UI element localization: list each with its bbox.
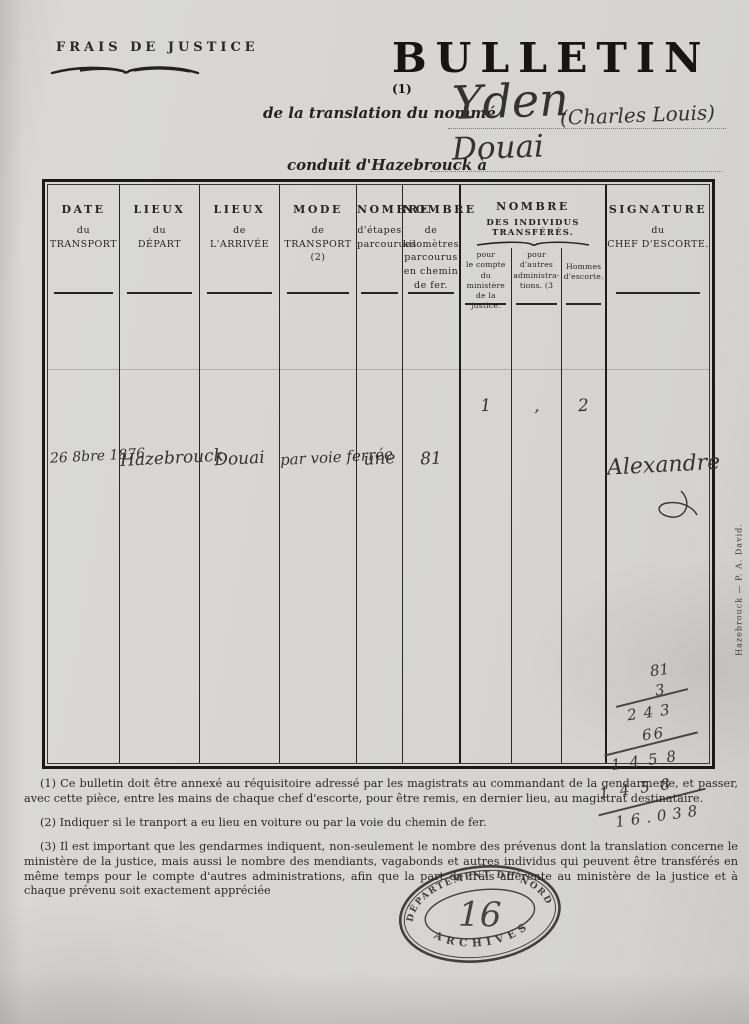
column-header-date: DATEduTRANSPORT (48, 185, 119, 301)
document-page: FRAIS DE JUSTICE BULLETIN (1) de la tran… (0, 0, 749, 1024)
column-body-arrivee: Douai (200, 301, 279, 763)
footnote-3: (3) Il est important que les gendarmes i… (24, 840, 738, 900)
transport-table: DATEduTRANSPORT 26 8bre 1876 LIEUXduDÉPA… (42, 179, 715, 769)
header-rule (54, 292, 112, 294)
subcolumn-justice: pourle compteduministèrede la justice. 1 (461, 248, 512, 763)
column-header-arrivee-text: LIEUXdeL'ARRIVÉE (200, 185, 279, 251)
column-header-signature: SIGNATUREduCHEF D'ESCORTE. (607, 185, 709, 301)
cell-depart: Hazebrouck (120, 447, 200, 471)
column-km: NOMBREdekilomètresparcourusen cheminde f… (403, 185, 461, 763)
cell-arrivee: Douai (200, 447, 280, 471)
column-body-km: 81 (403, 301, 459, 763)
column-body-depart: Hazebrouck (120, 301, 199, 763)
transport-table-inner: DATEduTRANSPORT 26 8bre 1876 LIEUXduDÉPA… (47, 184, 710, 764)
cell-signature: Alexandre (606, 450, 709, 480)
column-body-etapes: une (357, 301, 402, 763)
subcolumn-header-escorte-text: Hommesd'escorte. (562, 248, 605, 283)
column-header-etapes: NOMBREd'étapesparcourues (357, 185, 402, 301)
header-rule (127, 292, 192, 294)
column-body-signature: Alexandre 81 3 243 66 1458 1458 (607, 301, 709, 763)
column-group-individus: NOMBREDES INDIVIDUS TRANSFÉRÉS. pourle c… (461, 185, 607, 763)
column-mode: MODEdeTRANSPORT (2) par voie ferrée (280, 185, 357, 763)
cell-escorte: 2 (562, 395, 606, 417)
cell-autres: , (511, 395, 562, 418)
subcolumn-header-autres: pourd'autresadministra-tions. (3 (512, 248, 562, 310)
subtitle-handwritten-name: Yden (451, 72, 569, 130)
corner-label: FRAIS DE JUSTICE (56, 40, 259, 55)
cell-km: 81 (403, 448, 460, 471)
column-header-mode: MODEdeTRANSPORT (2) (280, 185, 356, 301)
group-flourish-icon (473, 240, 593, 248)
subcolumn-body-autres: , (512, 310, 562, 763)
group-header-individus: NOMBREDES INDIVIDUS TRANSFÉRÉS. (461, 185, 605, 238)
column-header-date-text: DATEduTRANSPORT (48, 185, 119, 251)
subcolumns-individus: pourle compteduministèrede la justice. 1… (461, 248, 605, 763)
footnotes: (1) Ce bulletin doit être annexé au réqu… (24, 777, 738, 908)
cell-date: 26 8bre 1876 (48, 447, 122, 467)
column-arrivee: LIEUXdeL'ARRIVÉE Douai (200, 185, 280, 763)
header-rule (566, 303, 601, 305)
header-rule (287, 292, 349, 294)
column-body-date: 26 8bre 1876 (48, 301, 119, 763)
column-header-depart-text: LIEUXduDÉPART (120, 185, 199, 251)
column-depart: LIEUXduDÉPART Hazebrouck (120, 185, 200, 763)
column-header-mode-text: MODEdeTRANSPORT (2) (280, 185, 356, 265)
header-rule (408, 292, 454, 294)
subcolumn-autres: pourd'autresadministra-tions. (3 , (512, 248, 563, 763)
subcolumn-escorte: Hommesd'escorte. 2 (562, 248, 605, 763)
subcolumn-body-escorte: 2 (562, 310, 605, 763)
title-footnote-ref: (1) (392, 82, 412, 96)
column-body-mode: par voie ferrée (280, 301, 356, 763)
column-header-depart: LIEUXduDÉPART (120, 185, 199, 301)
printer-imprint: Hazebrouck — P. A. David. (735, 515, 744, 665)
subcolumn-header-autres-text: pourd'autresadministra-tions. (3 (512, 248, 562, 291)
subcolumn-body-justice: 1 (461, 310, 511, 763)
subcolumn-header-justice-text: pourle compteduministèrede la justice. (461, 248, 511, 312)
column-header-signature-text: SIGNATUREduCHEF D'ESCORTE. (607, 185, 709, 251)
column-header-km: NOMBREdekilomètresparcourusen cheminde f… (403, 185, 459, 301)
conduit-handwritten: Douai (451, 128, 544, 167)
flourish-underline-icon (50, 62, 200, 78)
footnote-2: (2) Indiquer si le tranport a eu lieu en… (24, 816, 738, 831)
header-rule (616, 292, 700, 294)
column-etapes: NOMBREd'étapesparcourues une (357, 185, 403, 763)
calc-line: 81 (649, 660, 670, 680)
column-header-etapes-text: NOMBREd'étapesparcourues (357, 185, 402, 251)
column-signature: SIGNATUREduCHEF D'ESCORTE. Alexandre 81 … (607, 185, 709, 763)
footnote-1: (1) Ce bulletin doit être annexé au réqu… (24, 777, 738, 807)
header-rule (361, 292, 398, 294)
column-header-km-text: NOMBREdekilomètresparcourusen cheminde f… (403, 185, 459, 293)
subcolumn-header-escorte: Hommesd'escorte. (562, 248, 605, 310)
archive-stamp: DÉPARTEMENT DU NORD ARCHIVES 16 (390, 854, 569, 976)
cell-justice: 1 (461, 395, 512, 418)
column-date: DATEduTRANSPORT 26 8bre 1876 (48, 185, 120, 763)
cell-mode: par voie ferrée (280, 447, 357, 469)
stamp-number: 16 (458, 895, 502, 936)
header-rule (207, 292, 272, 294)
column-header-arrivee: LIEUXdeL'ARRIVÉE (200, 185, 279, 301)
subcolumn-header-justice: pourle compteduministèrede la justice. (461, 248, 511, 310)
header-rule (516, 303, 557, 305)
calc-line: 243 (626, 700, 678, 725)
dotted-rule (448, 127, 726, 129)
dotted-rule (430, 170, 722, 172)
signature-flourish-icon (641, 489, 701, 523)
cell-etapes: une (357, 448, 403, 470)
header-rule (465, 303, 506, 305)
